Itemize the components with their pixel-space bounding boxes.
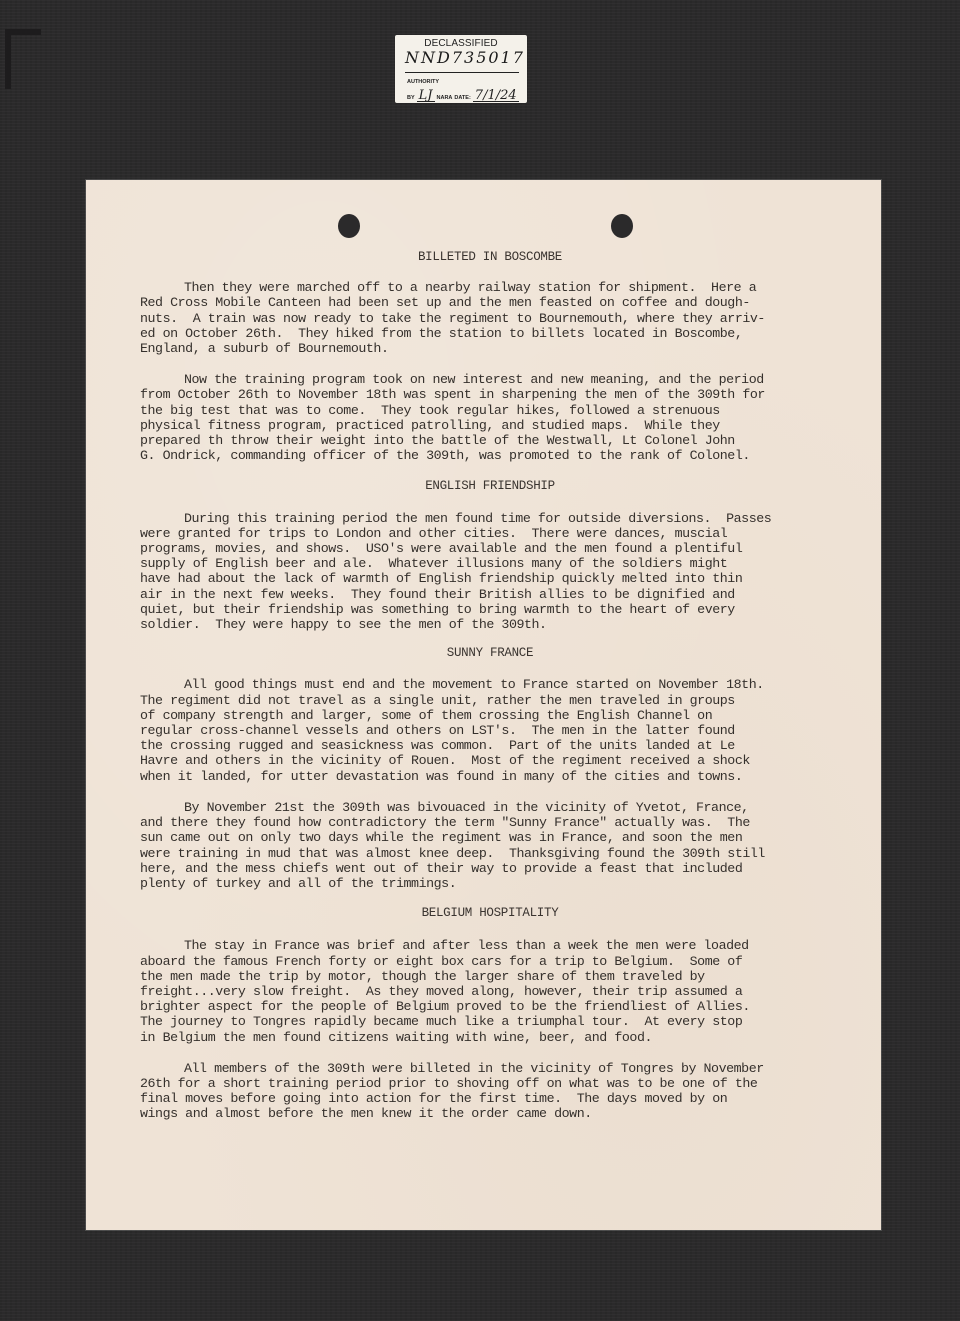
text-line: when it landed, for utter devastation wa…	[140, 769, 840, 784]
text-line: Red Cross Mobile Canteen had been set up…	[140, 295, 840, 310]
text-line: 26th for a short training period prior t…	[140, 1076, 840, 1091]
text-line: were granted for trips to London and oth…	[140, 526, 840, 541]
text-line: England, a suburb of Bournemouth.	[140, 341, 840, 356]
text-line: During this training period the men foun…	[140, 511, 840, 526]
by-initials: LJ	[417, 90, 435, 102]
date-value: 7/1/24	[473, 90, 519, 102]
text-line: the men made the trip by motor, though t…	[140, 969, 840, 984]
section-heading-english-friendship: ENGLISH FRIENDSHIP	[140, 479, 840, 494]
text-line: Havre and others in the vicinity of Roue…	[140, 753, 840, 768]
punch-hole-icon	[338, 214, 360, 238]
text-line: quiet, but their friendship was somethin…	[140, 602, 840, 617]
text-line: in Belgium the men found citizens waitin…	[140, 1030, 840, 1045]
document-body: BILLETED IN BOSCOMBE Then they were marc…	[140, 250, 840, 1122]
text-line: The stay in France was brief and after l…	[140, 938, 840, 953]
text-line: wings and almost before the men knew it …	[140, 1106, 840, 1121]
text-line: physical fitness program, practiced patr…	[140, 418, 840, 433]
declassified-stamp: DECLASSIFIED NND735017 AUTHORITY BY LJ N…	[395, 35, 527, 103]
text-line: prepared th throw their weight into the …	[140, 433, 840, 448]
text-line: have had about the lack of warmth of Eng…	[140, 571, 840, 586]
text-line: the big test that was to come. They took…	[140, 403, 840, 418]
text-line: nuts. A train was now ready to take the …	[140, 311, 840, 326]
corner-mark-vertical	[5, 29, 11, 89]
document-page: BILLETED IN BOSCOMBE Then they were marc…	[86, 180, 881, 1230]
text-line: final moves before going into action for…	[140, 1091, 840, 1106]
text-line: G. Ondrick, commanding officer of the 30…	[140, 448, 840, 463]
text-line: By November 21st the 309th was bivouaced…	[140, 800, 840, 815]
text-line: supply of English beer and ale. Whatever…	[140, 556, 840, 571]
paragraph: By November 21st the 309th was bivouaced…	[140, 800, 840, 891]
punch-hole-icon	[611, 214, 633, 238]
paragraph: All members of the 309th were billeted i…	[140, 1061, 840, 1122]
by-label: BY	[407, 95, 415, 101]
section-heading-belgium-hospitality: BELGIUM HOSPITALITY	[140, 906, 840, 921]
section-heading-billeted: BILLETED IN BOSCOMBE	[140, 250, 840, 265]
text-line: aboard the famous French forty or eight …	[140, 954, 840, 969]
text-line: The journey to Tongres rapidly became mu…	[140, 1014, 840, 1029]
text-line: here, and the mess chiefs went out of th…	[140, 861, 840, 876]
text-line: brighter aspect for the people of Belgiu…	[140, 999, 840, 1014]
paragraph: The stay in France was brief and after l…	[140, 938, 840, 1044]
text-line: air in the next few weeks. They found th…	[140, 587, 840, 602]
text-line: from October 26th to November 18th was s…	[140, 387, 840, 402]
text-line: and there they found how contradictory t…	[140, 815, 840, 830]
text-line: All good things must end and the movemen…	[140, 677, 840, 692]
paragraph: Now the training program took on new int…	[140, 372, 840, 463]
text-line: The regiment did not travel as a single …	[140, 693, 840, 708]
text-line: of company strength and larger, some of …	[140, 708, 840, 723]
text-line: sun came out on only two days while the …	[140, 830, 840, 845]
declassified-underline	[405, 72, 519, 73]
paragraph: All good things must end and the movemen…	[140, 677, 840, 783]
text-line: Then they were marched off to a nearby r…	[140, 280, 840, 295]
agency-label: NARA	[437, 95, 453, 101]
paragraph: Then they were marched off to a nearby r…	[140, 280, 840, 356]
text-line: soldier. They were happy to see the men …	[140, 617, 840, 632]
text-line: regular cross-channel vessels and others…	[140, 723, 840, 738]
declassified-number: NND735017	[405, 48, 525, 67]
section-heading-sunny-france: SUNNY FRANCE	[140, 646, 840, 661]
date-label: DATE:	[454, 95, 470, 101]
text-line: plenty of turkey and all of the trimming…	[140, 876, 840, 891]
text-line: were training in mud that was almost kne…	[140, 846, 840, 861]
text-line: All members of the 309th were billeted i…	[140, 1061, 840, 1076]
text-line: the crossing rugged and seasickness was …	[140, 738, 840, 753]
authority-label: AUTHORITY	[407, 79, 439, 85]
text-line: ed on October 26th. They hiked from the …	[140, 326, 840, 341]
text-line: programs, movies, and shows. USO's were …	[140, 541, 840, 556]
paragraph: During this training period the men foun…	[140, 511, 840, 633]
declassified-by-row: BY LJ NARA DATE: 7/1/24	[407, 90, 519, 102]
text-line: Now the training program took on new int…	[140, 372, 840, 387]
text-line: freight...very slow freight. As they mov…	[140, 984, 840, 999]
